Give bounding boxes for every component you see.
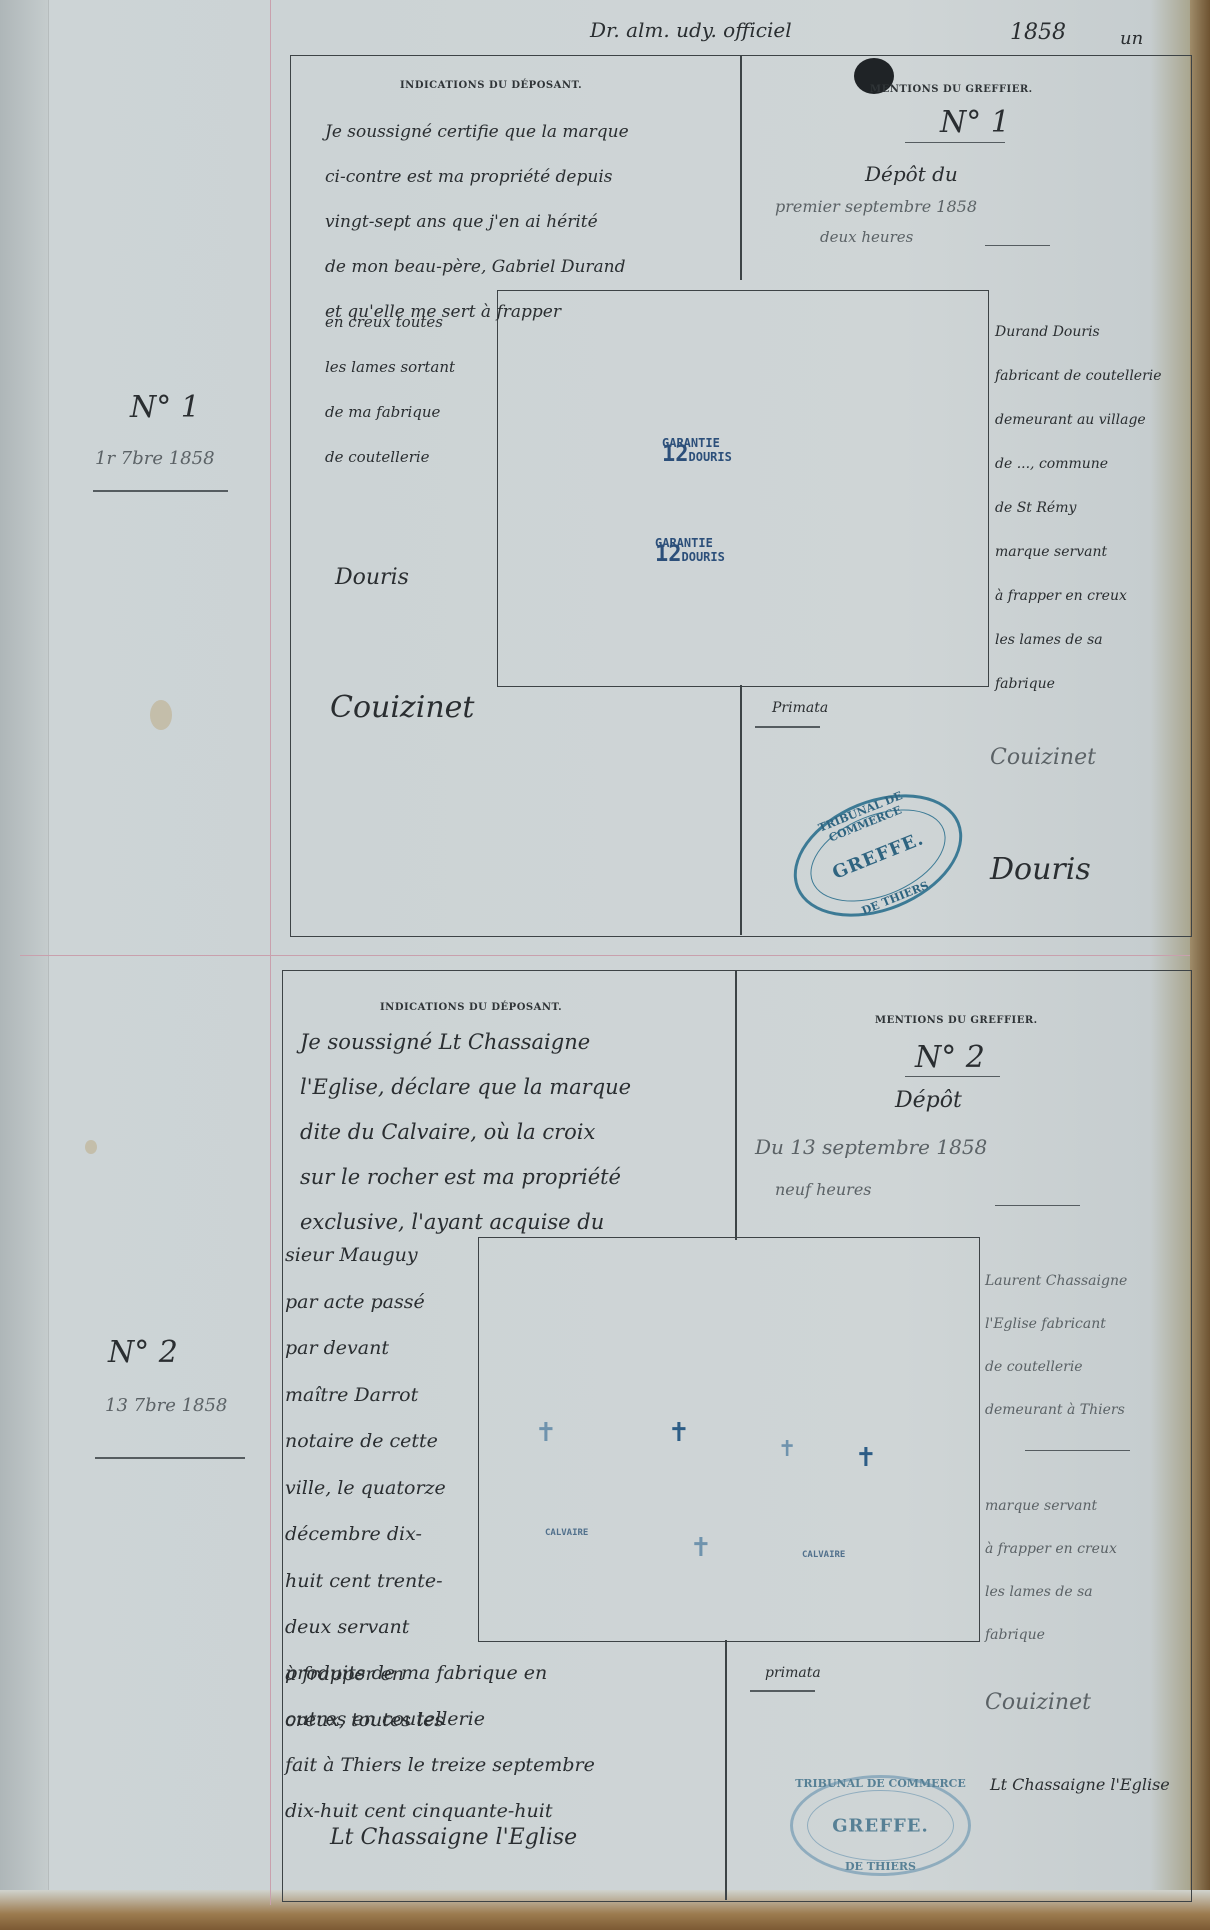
entry-1-greffier-rule	[905, 142, 1005, 143]
entry-1-minute-rule	[755, 726, 820, 728]
entry-1-deposant-signature: Couizinet	[330, 690, 474, 725]
entry-1-depot-date: premier septembre 1858	[775, 197, 977, 216]
calvaire-cross-icon: ✝	[855, 1445, 877, 1471]
entry-1-header-deposant: INDICATIONS DU DÉPOSANT.	[400, 80, 582, 91]
entry-2-greffe-stamp: TRIBUNAL DE COMMERCE GREFFE. DE THIERS	[790, 1775, 971, 1876]
entry-2-deposant-signature-greffier-col: Lt Chassaigne l'Eglise	[990, 1775, 1170, 1794]
entry-2-column-divider-top	[735, 970, 737, 1240]
entry-2-minute-label: primata	[765, 1665, 821, 1681]
stain	[150, 700, 172, 730]
entry-1-depot-time: deux heures	[820, 228, 913, 246]
entry-2-margin-date: 13 7bre 1858	[105, 1395, 227, 1416]
calvaire-cross-icon: ✝	[778, 1437, 796, 1463]
entry-1-minute-label: Primata	[772, 700, 828, 716]
entry-1-depot-rule	[985, 245, 1050, 246]
entry-1-deposant-signature-short: Douris	[335, 565, 409, 590]
calvaire-cross-icon: ✝	[690, 1535, 712, 1561]
entry-2-greffier-description: Laurent Chassaigne l'Eglise fabricant de…	[985, 1260, 1127, 1432]
page-spine	[0, 0, 49, 1905]
entry-2-header-deposant: INDICATIONS DU DÉPOSANT.	[380, 1002, 562, 1013]
entry-1-depot-label: Dépôt du	[865, 162, 958, 186]
entry-1-deposant-text-cont: en creux toutes les lames sortant de ma …	[325, 300, 455, 480]
stain	[85, 1140, 97, 1154]
entry-1-mark-stamp-1: GARANTIE 12DOURIS	[662, 437, 732, 463]
entry-2-greffier-number: N° 2	[915, 1040, 985, 1075]
calvaire-cross-icon: ✝	[535, 1420, 557, 1446]
margin-rule-horizontal	[20, 955, 1190, 956]
entry-1-margin-number: N° 1	[130, 390, 200, 425]
entry-2-margin-rule	[95, 1457, 245, 1459]
entry-2-margin-number: N° 2	[108, 1335, 178, 1370]
entry-2-deposant-text-end: produits de ma fabrique en outres en cou…	[285, 1650, 595, 1834]
entry-2-deposant-text: Je soussigné Lt Chassaigne l'Eglise, déc…	[300, 1020, 631, 1245]
entry-1-column-divider-top	[740, 55, 742, 280]
entry-2-depot-time: neuf heures	[775, 1180, 872, 1199]
entry-2-greffier-rule	[905, 1076, 1000, 1077]
entry-1-header-greffier: MENTIONS DU GREFFIER.	[870, 84, 1033, 95]
entry-2-description-rule	[1025, 1450, 1130, 1451]
table-edge-right	[1190, 0, 1210, 1930]
entry-1-greffier-description: Durand Douris fabricant de coutellerie d…	[995, 310, 1162, 706]
entry-2-greffier-signature: Couizinet	[985, 1690, 1091, 1715]
entry-1-mark-box	[497, 290, 989, 687]
entry-2-minute-rule	[750, 1690, 815, 1692]
calvaire-cross-icon: ✝	[668, 1420, 690, 1446]
margin-rule-vertical	[270, 0, 271, 1905]
entry-2-mark-label-1: CALVAIRE	[545, 1528, 588, 1538]
top-right-annotation: 1858	[1010, 20, 1066, 45]
entry-2-greffier-description-cont: marque servant à frapper en creux les la…	[985, 1485, 1117, 1657]
entry-1-greffier-number: N° 1	[940, 105, 1010, 140]
top-annotation: Dr. alm. udy. officiel	[590, 18, 792, 42]
entry-2-depot-rule	[995, 1205, 1080, 1206]
entry-1-mark-stamp-2: GARANTIE 12DOURIS	[655, 537, 725, 563]
entry-1-margin-rule	[93, 490, 228, 492]
entry-2-depot-label: Dépôt	[895, 1088, 962, 1113]
entry-2-column-divider-bottom	[725, 1640, 727, 1900]
entry-2-mark-label-2: CALVAIRE	[802, 1550, 845, 1560]
entry-1-greffier-signature: Couizinet	[990, 745, 1096, 770]
entry-2-depot-date: Du 13 septembre 1858	[755, 1135, 987, 1159]
entry-2-deposant-signature: Lt Chassaigne l'Eglise	[330, 1825, 577, 1850]
entry-1-deposant-signature-greffier-col: Douris	[990, 852, 1091, 887]
entry-1-column-divider-bottom	[740, 685, 742, 935]
entry-1-margin-date: 1r 7bre 1858	[95, 448, 215, 469]
entry-2-header-greffier: MENTIONS DU GREFFIER.	[875, 1015, 1038, 1026]
top-right-corner: un	[1120, 28, 1143, 49]
